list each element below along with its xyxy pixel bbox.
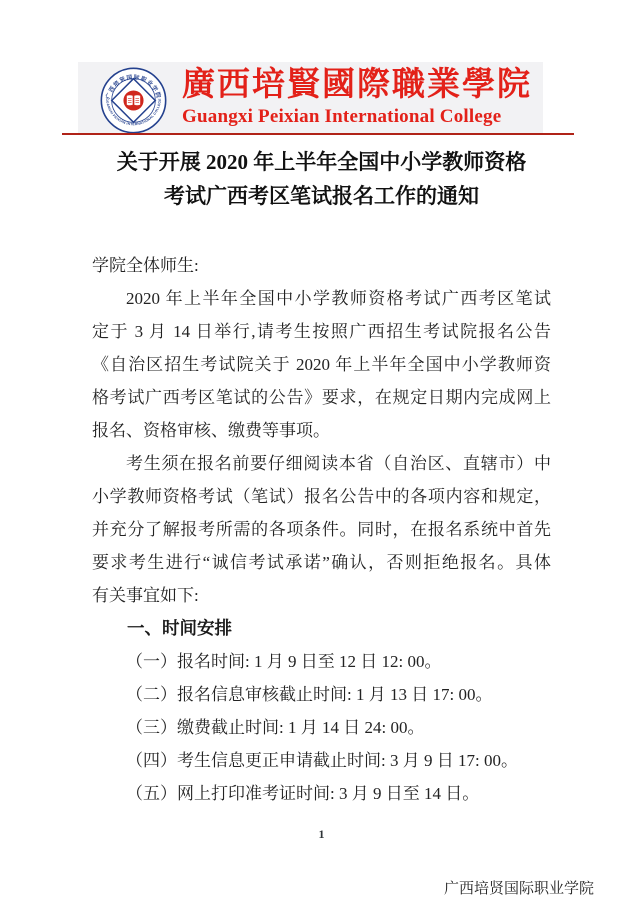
- notice-title-line-2: 考试广西考区笔试报名工作的通知: [0, 179, 643, 213]
- college-seal-icon: 广西培贤国际职业学院 GUANGXI PEIXIAN INTERNATIONAL…: [100, 67, 167, 134]
- college-header: 广西培贤国际职业学院 GUANGXI PEIXIAN INTERNATIONAL…: [78, 62, 543, 134]
- section-heading-time-arrangement: 一、时间安排: [92, 612, 551, 645]
- page-number: 1: [0, 827, 643, 842]
- notice-title-line-1: 关于开展 2020 年上半年全国中小学教师资格: [0, 145, 643, 179]
- college-name-chinese: 廣西培賢國際職業學院: [182, 66, 538, 104]
- salutation: 学院全体师生:: [92, 249, 551, 282]
- paragraph2-line-2: 小学教师资格考试（笔试）报名公告中的各项内容和规定，: [92, 480, 551, 513]
- schedule-item-3: （三）缴费截止时间: 1 月 14 日 24: 00。: [92, 711, 551, 744]
- document-page: 广西培贤国际职业学院 GUANGXI PEIXIAN INTERNATIONAL…: [0, 0, 643, 909]
- schedule-item-2: （二）报名信息审核截止时间: 1 月 13 日 17: 00。: [92, 678, 551, 711]
- paragraph1-line-3: 《自治区招生考试院关于 2020 年上半年全国中小学教师资: [92, 348, 551, 381]
- notice-title: 关于开展 2020 年上半年全国中小学教师资格 考试广西考区笔试报名工作的通知: [0, 145, 643, 213]
- schedule-item-1: （一）报名时间: 1 月 9 日至 12 日 12: 00。: [92, 645, 551, 678]
- paragraph1-line-1: 2020 年上半年全国中小学教师资格考试广西考区笔试: [92, 282, 551, 315]
- paragraph2-line-1: 考生须在报名前要仔细阅读本省（自治区、直辖市）中: [92, 447, 551, 480]
- notice-body: 学院全体师生: 2020 年上半年全国中小学教师资格考试广西考区笔试 定于 3 …: [92, 249, 551, 810]
- site-footer-college-name: 广西培贤国际职业学院: [444, 877, 594, 898]
- schedule-item-4: （四）考生信息更正申请截止时间: 3 月 9 日 17: 00。: [92, 744, 551, 777]
- paragraph2-line-3: 并充分了解报考所需的各项条件。同时，在报名系统中首先: [92, 513, 551, 546]
- paragraph1-line-4: 格考试广西考区笔试的公告》要求，在规定日期内完成网上: [92, 381, 551, 414]
- paragraph1-line-2: 定于 3 月 14 日举行,请考生按照广西招生考试院报名公告: [92, 315, 551, 348]
- paragraph2-line-4: 要求考生进行“诚信考试承诺”确认，否则拒绝报名。具体: [92, 546, 551, 579]
- paragraph2-line-5: 有关事宜如下:: [92, 579, 551, 612]
- college-name-english: Guangxi Peixian International College: [182, 106, 538, 128]
- seal-center-circle: [123, 90, 143, 110]
- schedule-item-5: （五）网上打印准考证时间: 3 月 9 日至 14 日。: [92, 777, 551, 810]
- paragraph1-line-5: 报名、资格审核、缴费等事项。: [92, 414, 551, 447]
- header-divider-rule: [62, 133, 574, 135]
